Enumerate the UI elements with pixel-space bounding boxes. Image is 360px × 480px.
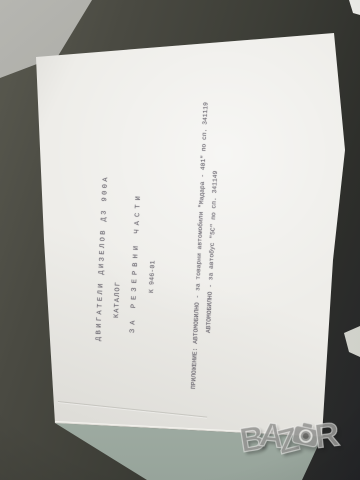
photo-of-catalog-cover: ДВИГАТЕЛИ ДИЗЕЛОВ Д3 900А КАТАЛОГ ЗА РЕЗ… [0,0,360,480]
bazar-watermark: B A Z R [242,419,337,456]
watermark-letter-r: R [313,417,342,454]
booklet-title-page [0,0,360,480]
